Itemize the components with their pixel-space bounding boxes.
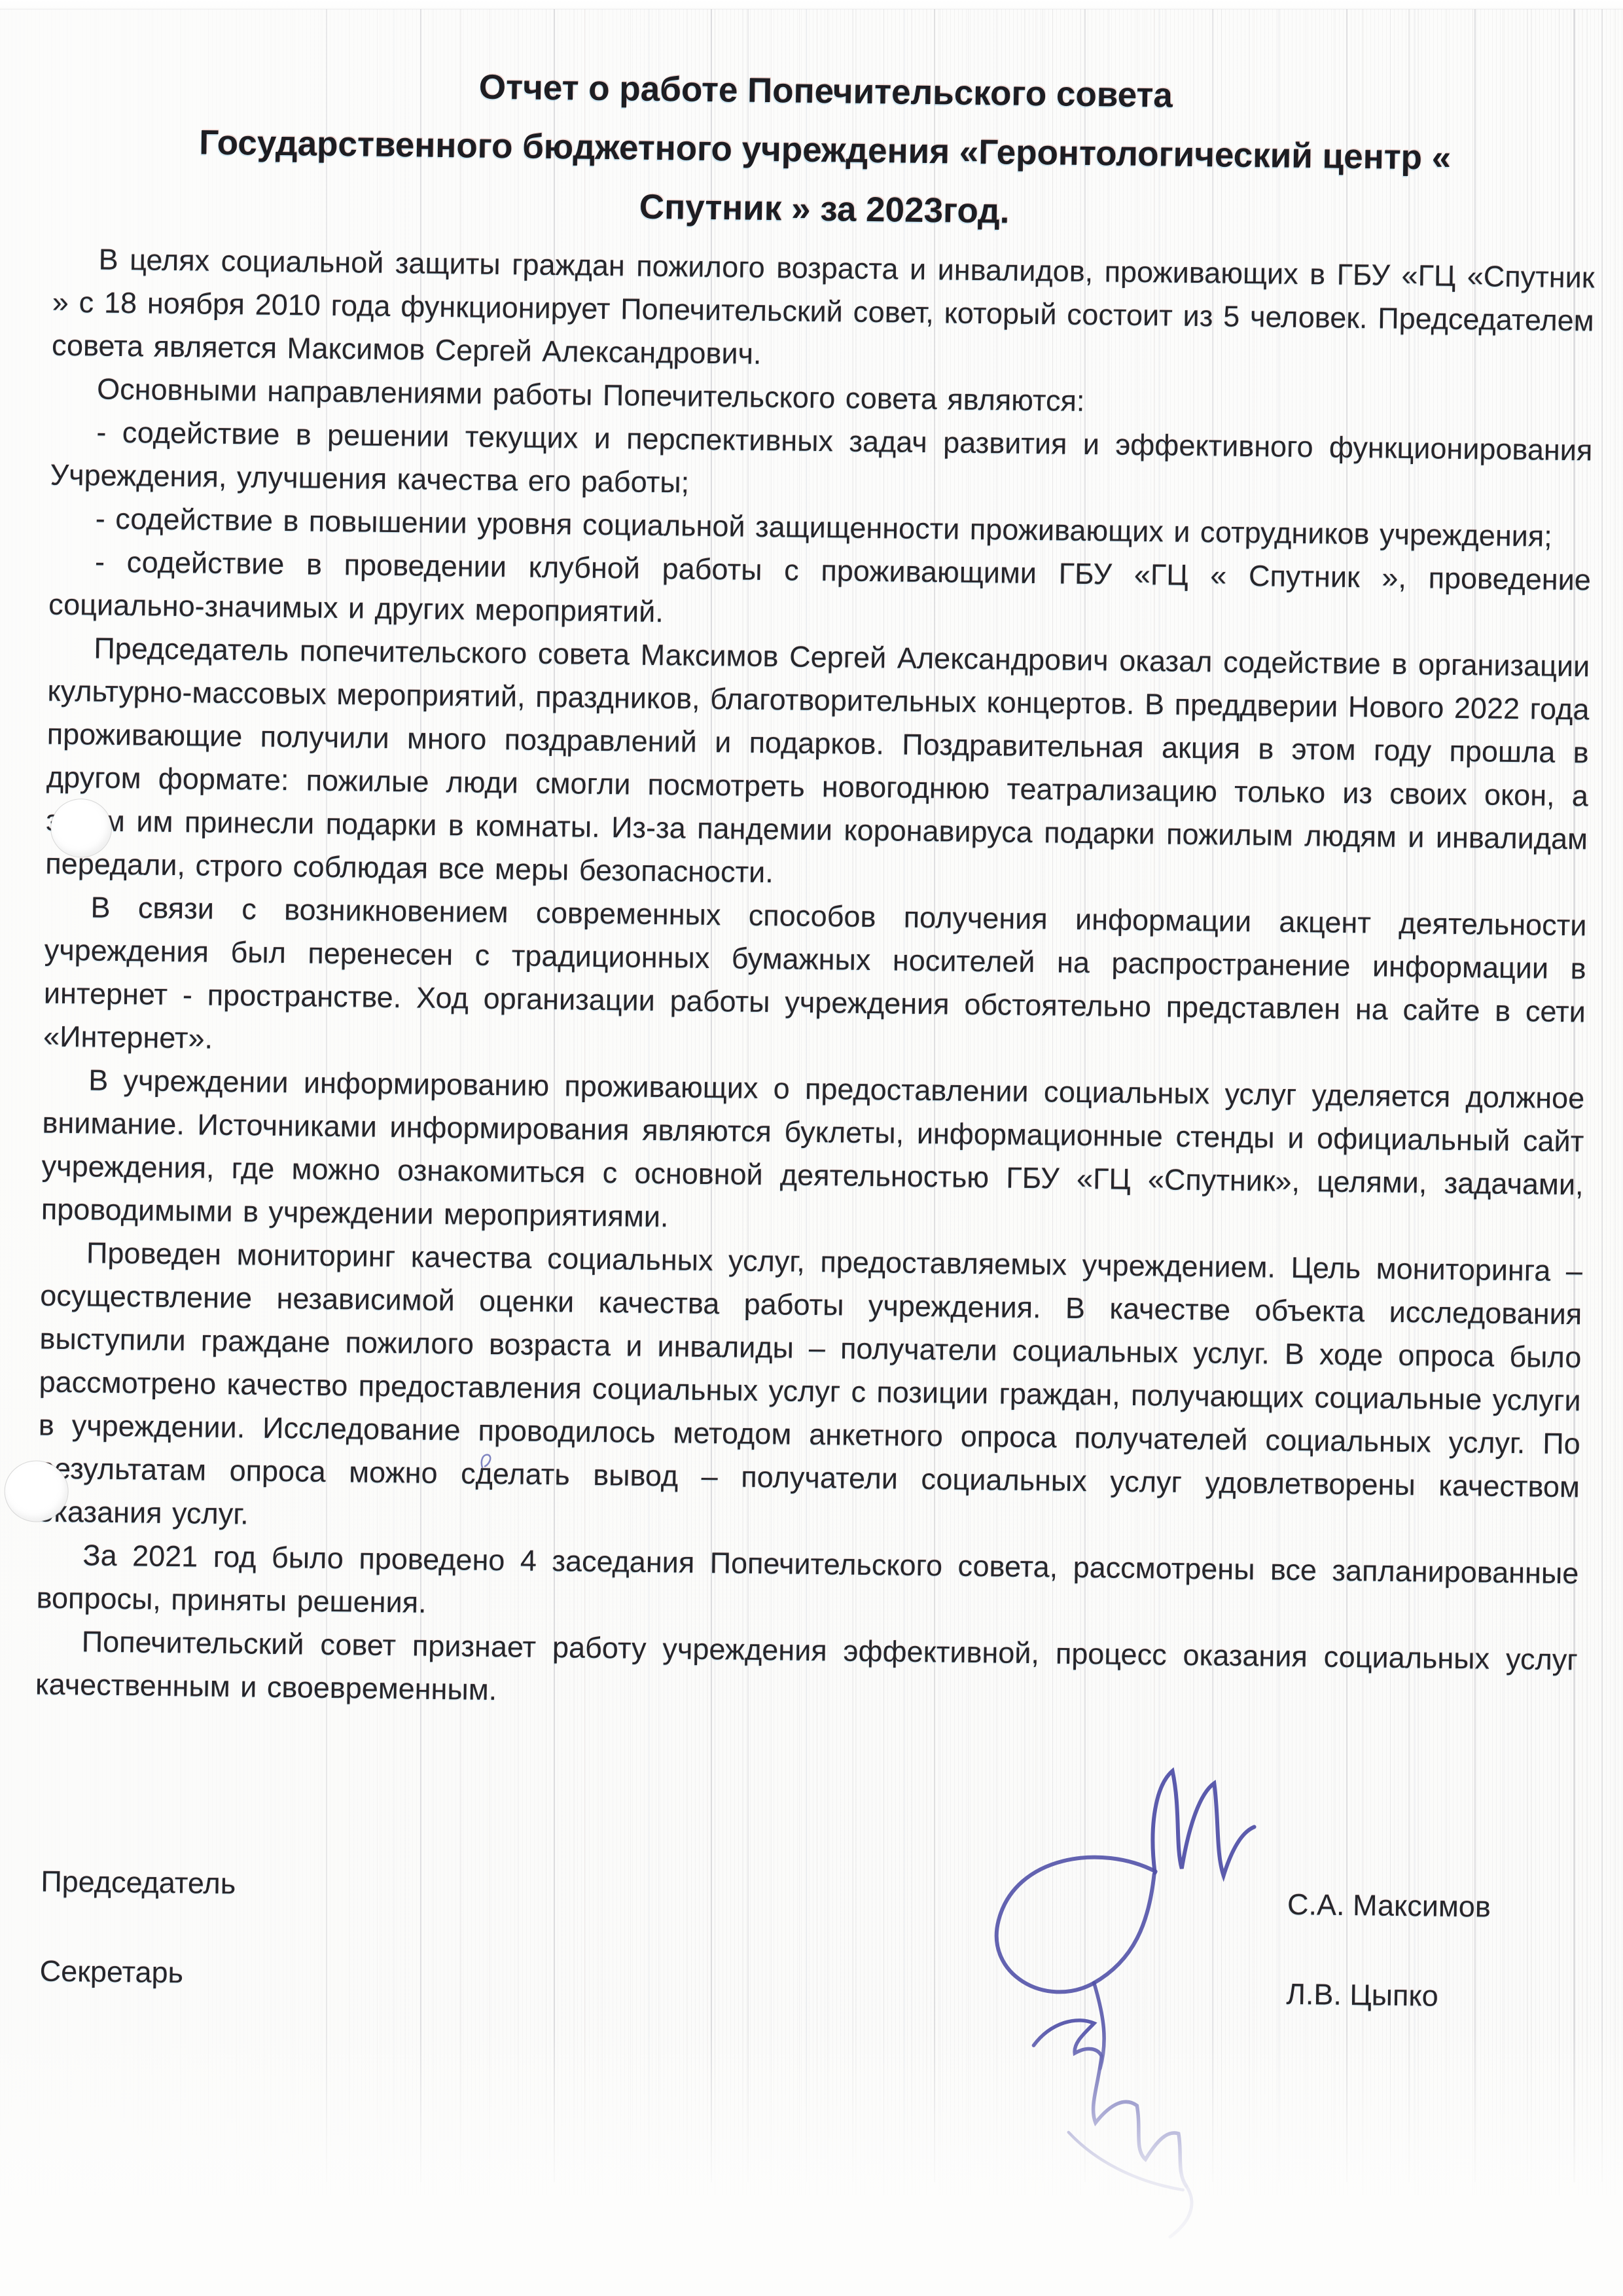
document-title: Отчет о работе Попечительского совета Го… [53, 53, 1597, 249]
scanner-streak-line [1601, 9, 1603, 2182]
signer-role: Секретарь [39, 1954, 183, 1990]
scanned-report-page: { "document": { "title": { "line1": "Отч… [0, 0, 1623, 2296]
paragraph: Проведен мониторинг качества социальных … [37, 1231, 1582, 1552]
paper-background: Отчет о работе Попечительского совета Го… [0, 0, 1623, 2296]
paragraph: Попечительский совет признает работу учр… [35, 1620, 1578, 1725]
signer-role: Председатель [41, 1865, 236, 1901]
signer-name: С.А. Максимов [1287, 1888, 1491, 1924]
paragraph: Председатель попечительского совета Макс… [45, 626, 1590, 905]
paragraph: В связи с возникновением современных спо… [43, 886, 1587, 1077]
signer-name: Л.В. Цыпко [1286, 1977, 1438, 2013]
document-body: В целях социальной защиты граждан пожило… [35, 238, 1595, 1725]
paragraph: В учреждении информированию проживающих … [41, 1058, 1585, 1250]
scan-top-edge [0, 9, 1623, 10]
signature-row-secretary: Секретарь Л.В. Цыпко [31, 1954, 1574, 2018]
signature-row-chairman: Председатель С.А. Максимов [33, 1865, 1575, 1929]
paragraph: В целях социальной защиты граждан пожило… [52, 238, 1595, 386]
document-content: Отчет о работе Попечительского совета Го… [28, 53, 1597, 2271]
